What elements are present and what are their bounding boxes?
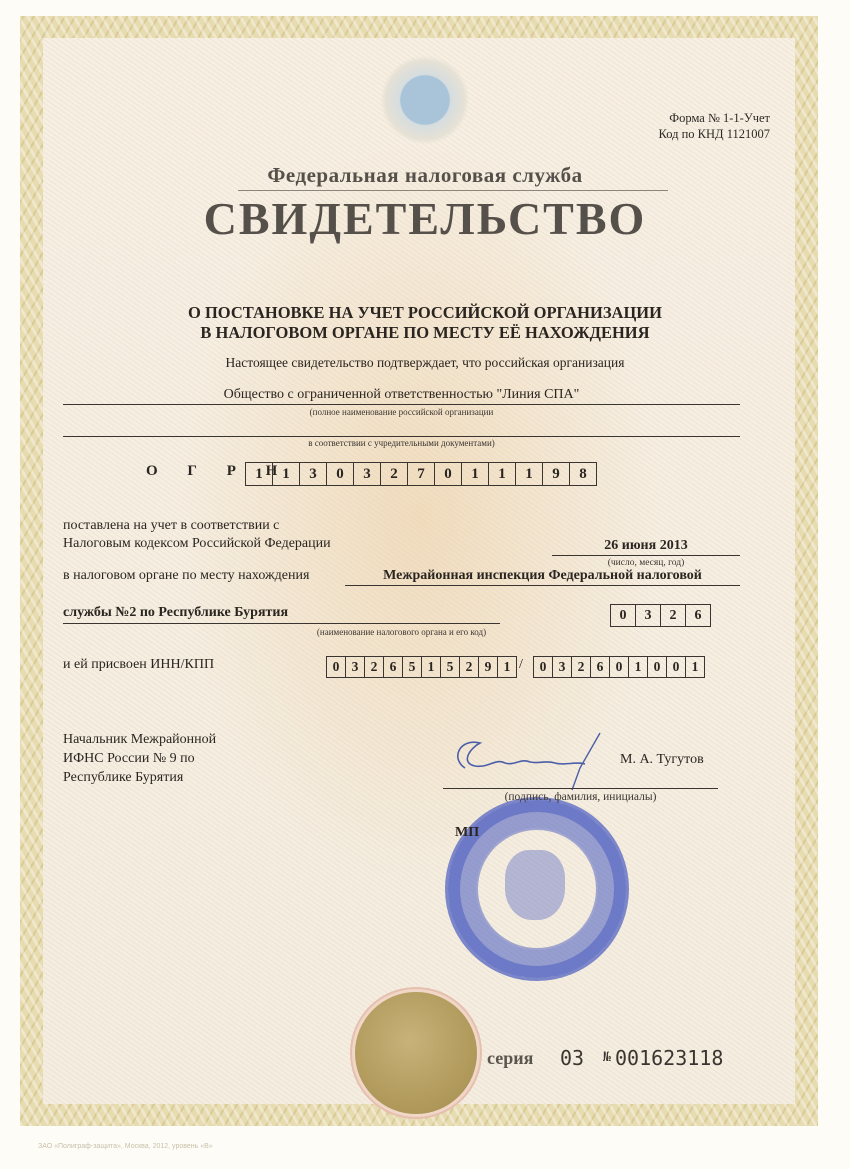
handwritten-signature-icon (440, 728, 610, 793)
digit-cell: 1 (498, 657, 516, 677)
ogrn-boxes: 1130327011198 (245, 462, 597, 486)
divider (63, 436, 740, 437)
digit-cell: 0 (534, 657, 553, 677)
digit-cell: 5 (403, 657, 422, 677)
digit-cell: 6 (686, 605, 710, 626)
authority-label: в налоговом органе по месту нахождения (63, 568, 309, 584)
digit-cell: 3 (354, 463, 381, 485)
signer-position: Начальник Межрайонной ИФНС России № 9 по… (63, 730, 216, 787)
inn-kpp-label: и ей присвоен ИНН/КПП (63, 657, 214, 673)
registration-date: 26 июня 2013 (552, 538, 740, 556)
kpp-boxes: 032601001 (533, 656, 705, 678)
digit-cell: 0 (435, 463, 462, 485)
digit-cell: 3 (346, 657, 365, 677)
document-title: СВИДЕТЕЛЬСТВО (0, 192, 850, 245)
digit-cell: 6 (384, 657, 403, 677)
registration-line-1: поставлена на учет в соответствии с (63, 517, 331, 535)
serial-number: 001623118 (615, 1046, 723, 1070)
form-info: Форма № 1-1-Учет Код по КНД 1121007 (659, 110, 770, 142)
digit-cell: 1 (422, 657, 441, 677)
knd-code: Код по КНД 1121007 (659, 126, 770, 142)
digit-cell: 1 (686, 657, 704, 677)
hologram-emblem-icon (380, 55, 470, 145)
digit-cell: 2 (365, 657, 384, 677)
authority-name-line-2: службы №2 по Республике Бурятия (63, 605, 500, 624)
agency-name: Федеральная налоговая служба (0, 163, 850, 188)
digit-cell: 1 (246, 463, 273, 485)
inn-kpp-separator: / (519, 657, 523, 673)
subtitle-line-2: В НАЛОГОВОМ ОРГАНЕ ПО МЕСТУ ЕЁ НАХОЖДЕНИ… (0, 323, 850, 343)
authority-name-line-1: Межрайонная инспекция Федеральной налого… (345, 568, 740, 586)
date-caption: (число, месяц, год) (552, 558, 740, 568)
stamp-eagle-icon (505, 850, 565, 920)
digit-cell: 3 (636, 605, 661, 626)
digit-cell: 9 (543, 463, 570, 485)
digit-cell: 2 (661, 605, 686, 626)
digit-cell: 0 (648, 657, 667, 677)
signer-name: М. А. Тугутов (620, 752, 704, 768)
digit-cell: 1 (273, 463, 300, 485)
digit-cell: 6 (591, 657, 610, 677)
digit-cell: 2 (381, 463, 408, 485)
form-number: Форма № 1-1-Учет (659, 110, 770, 126)
digit-cell: 1 (516, 463, 543, 485)
series-value: 03 (560, 1046, 584, 1070)
position-line-3: Республике Бурятия (63, 768, 216, 787)
registration-line-2: Налоговым кодексом Российской Федерации (63, 535, 331, 553)
position-line-2: ИФНС России № 9 по (63, 749, 216, 768)
digit-cell: 0 (327, 657, 346, 677)
gold-seal-icon (355, 992, 477, 1114)
signature-caption: (подпись, фамилия, инициалы) (443, 791, 718, 803)
digit-cell: 1 (629, 657, 648, 677)
digit-cell: 2 (572, 657, 591, 677)
digit-cell: 3 (300, 463, 327, 485)
digit-cell: 7 (408, 463, 435, 485)
digit-cell: 9 (479, 657, 498, 677)
digit-cell: 0 (611, 605, 636, 626)
position-line-1: Начальник Межрайонной (63, 730, 216, 749)
confirmation-text: Настоящее свидетельство подтверждает, чт… (0, 355, 850, 371)
organization-name: Общество с ограниченной ответственностью… (63, 387, 740, 405)
organization-docs-caption: в соответствии с учредительными документ… (63, 438, 740, 448)
digit-cell: 2 (460, 657, 479, 677)
digit-cell: 0 (610, 657, 629, 677)
document-subtitle: О ПОСТАНОВКЕ НА УЧЕТ РОССИЙСКОЙ ОРГАНИЗА… (0, 303, 850, 343)
digit-cell: 1 (462, 463, 489, 485)
number-label: № (603, 1050, 611, 1065)
organization-name-caption: (полное наименование российской организа… (63, 407, 740, 417)
authority-caption: (наименование налогового органа и его ко… (63, 627, 740, 637)
digit-cell: 3 (553, 657, 572, 677)
digit-cell: 5 (441, 657, 460, 677)
digit-cell: 1 (489, 463, 516, 485)
registration-text: поставлена на учет в соответствии с Нало… (63, 517, 331, 553)
digit-cell: 0 (667, 657, 686, 677)
inn-boxes: 0326515291 (326, 656, 517, 678)
signature-line (443, 788, 718, 789)
digit-cell: 8 (570, 463, 596, 485)
series-label: серия (487, 1048, 533, 1069)
divider (238, 190, 668, 191)
printer-imprint: ЗАО «Полиграф-защита», Москва, 2012, уро… (38, 1143, 213, 1150)
seal-label: МП (455, 825, 479, 841)
authority-code-boxes: 0326 (610, 604, 711, 627)
subtitle-line-1: О ПОСТАНОВКЕ НА УЧЕТ РОССИЙСКОЙ ОРГАНИЗА… (0, 303, 850, 323)
digit-cell: 0 (327, 463, 354, 485)
